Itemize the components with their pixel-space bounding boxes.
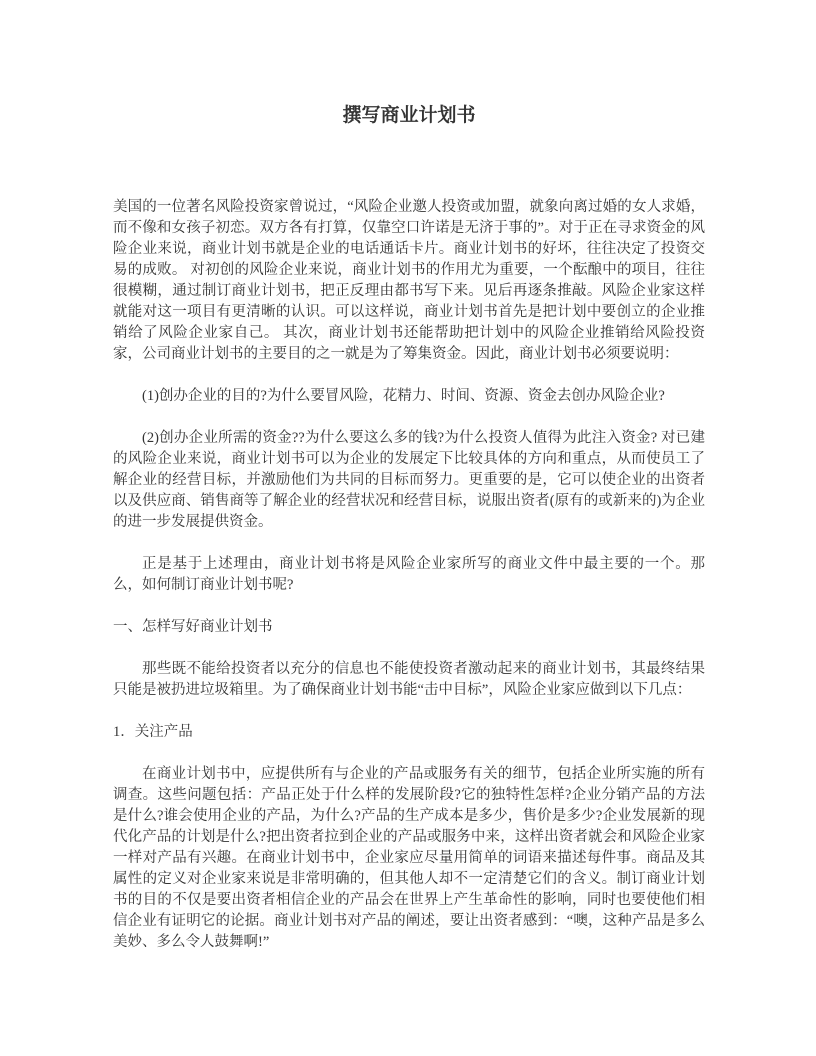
document-title: 撰写商业计划书	[113, 104, 705, 128]
paragraph-intro: 美国的一位著名风险投资家曾说过，“风险企业邀人投资或加盟，就象向离过婚的女人求婚…	[113, 197, 705, 365]
paragraph-section-1-intro: 那些既不能给投资者以充分的信息也不能使投资者激动起来的商业计划书，其最终结果只能…	[113, 659, 705, 701]
paragraph-point-1-body: 在商业计划书中，应提供所有与企业的产品或服务有关的细节，包括企业所实施的所有调查…	[113, 764, 705, 953]
section-1-heading: 一、怎样写好商业计划书	[113, 617, 705, 638]
paragraph-list-item-1: (1)创办企业的目的?为什么要冒风险，花精力、时间、资源、资金去创办风险企业?	[113, 386, 705, 407]
document-content: 撰写商业计划书 美国的一位著名风险投资家曾说过，“风险企业邀人投资或加盟，就象向…	[113, 0, 705, 974]
point-1-heading: 1．关注产品	[113, 722, 705, 743]
document-page: 撰写商业计划书 美国的一位著名风险投资家曾说过，“风险企业邀人投资或加盟，就象向…	[0, 0, 816, 1056]
paragraph-transition: 正是基于上述理由，商业计划书将是风险企业家所写的商业文件中最主要的一个。那么，如…	[113, 554, 705, 596]
paragraph-list-item-2: (2)创办企业所需的资金??为什么要这么多的钱?为什么投资人值得为此注入资金? …	[113, 428, 705, 533]
